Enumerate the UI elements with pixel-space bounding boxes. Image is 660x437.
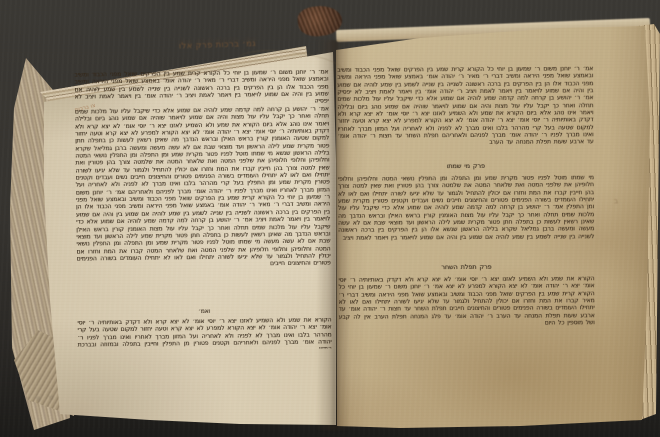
left-paragraph-1: אמ׳ ר׳ יוחנן משום ר׳ שמעון בן יוחי כל הק…: [74, 68, 328, 105]
right-text-column: אמ׳ ר׳ יוחנן משום ר׳ שמעון בן יוחי כל הק…: [337, 65, 595, 355]
right-text-block-c: הקורא את שמע ולא השמיע לאזנו יצא ר׳ יוסי…: [338, 275, 594, 353]
header-annotation: גמ׳ ברכות פרק אלו: [136, 39, 256, 53]
right-text-block-b: מי שמתו מוטל לפניו פטור מקרית שמע ומן הת…: [338, 174, 595, 262]
left-text-column: אמ׳ ר׳ יוחנן משום ר׳ שמעון בן יוחי כל הק…: [74, 68, 331, 351]
left-paragraph-2: אמ׳ ר׳ יהושע בן קרחה למה קדמה שמע לוהיה …: [75, 105, 331, 306]
left-paragraph-3: הקורא את שמע ולא השמיע לאזנו יצא ר׳ יוסי…: [77, 316, 331, 351]
section-heading-1: פרק מי שמתו: [338, 162, 594, 173]
section-heading-2: פרק תפלת השחר: [338, 263, 594, 274]
manuscript-photo: גמ׳ ברכות פרק אלו צו ברכות אמ׳ ר׳ יוחנן …: [0, 0, 660, 437]
right-text-block-a: אמ׳ ר׳ יוחנן משום ר׳ שמעון בן יוחי כל הק…: [337, 65, 594, 161]
left-paragraph-end-word: ואמ׳: [77, 306, 331, 317]
